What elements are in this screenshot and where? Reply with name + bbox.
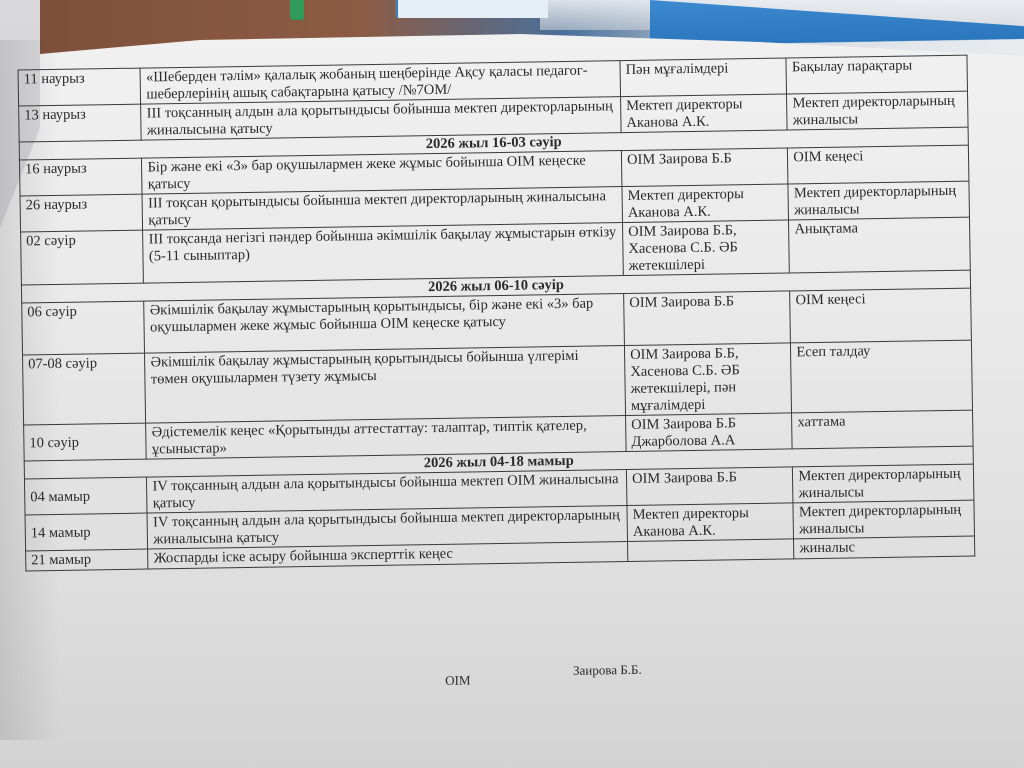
- document-sheet: 11 наурыз «Шеберден тәлім» қалалық жобан…: [0, 0, 1024, 768]
- result-cell: Мектеп директорларының жиналысы: [788, 181, 969, 220]
- responsible-cell: Мектеп директоры Аканова А.К.: [627, 503, 794, 542]
- result-cell: Мектеп директорларының жиналысы: [787, 91, 968, 130]
- result-cell: Анықтама: [789, 217, 970, 273]
- result-cell: Мектеп директорларының жиналысы: [793, 464, 974, 503]
- result-cell: ОІМ кеңесі: [790, 288, 971, 343]
- responsible-cell: ОІМ Заирова Б.Б Джарболова А.А: [626, 413, 793, 452]
- result-cell: жиналыс: [794, 536, 975, 559]
- date-cell: 13 наурыз: [19, 104, 142, 142]
- date-cell: 11 наурыз: [18, 68, 141, 106]
- responsible-cell: Мектеп директоры Аканова А.К.: [622, 184, 789, 223]
- responsible-cell: ОІМ Заирова Б.Б, Хасенова С.Б. ӘБ жетекш…: [624, 343, 791, 416]
- date-cell: 07-08 сәуір: [23, 353, 147, 425]
- date-cell: 10 сәуір: [24, 423, 147, 461]
- date-cell: 02 сәуір: [21, 230, 144, 285]
- activity-cell: Әкімшілік бақылау жұмыстарының қорытынды…: [144, 294, 624, 354]
- responsible-cell: ОІМ Заирова Б.Б: [621, 148, 788, 187]
- result-cell: Бақылау парақтары: [786, 55, 967, 94]
- result-cell: Есеп талдау: [791, 340, 973, 413]
- responsible-cell: ОІМ Заирова Б.Б, Хасенова С.Б. ӘБ жетекш…: [623, 220, 790, 276]
- responsible-cell: Мектеп директоры Аканова А.К.: [621, 94, 788, 133]
- date-cell: 14 мамыр: [25, 513, 148, 551]
- responsible-cell: ОІМ Заирова Б.Б: [626, 467, 793, 506]
- responsible-cell: Пән мұғалімдері: [620, 58, 787, 97]
- date-cell: 04 мамыр: [24, 477, 147, 515]
- activity-plan-table: 11 наурыз «Шеберден тәлім» қалалық жобан…: [18, 55, 976, 572]
- result-cell: хаттама: [792, 410, 973, 449]
- signature-role: ОІМ: [445, 673, 471, 689]
- result-cell: ОІМ кеңесі: [788, 145, 969, 184]
- date-cell: 06 сәуір: [22, 301, 145, 355]
- date-cell: 21 мамыр: [26, 549, 149, 571]
- date-cell: 26 наурыз: [20, 194, 143, 232]
- result-cell: Мектеп директорларының жиналысы: [793, 500, 974, 539]
- activity-cell: Әкімшілік бақылау жұмыстарының қорытынды…: [145, 346, 626, 424]
- activity-cell: III тоқсанда негізгі пәндер бойынша әкім…: [143, 223, 623, 284]
- date-cell: 16 наурыз: [19, 158, 142, 196]
- responsible-cell: [628, 539, 795, 562]
- signature-name: Заирова Б.Б.: [573, 662, 642, 679]
- responsible-cell: ОІМ Заирова Б.Б: [624, 291, 791, 346]
